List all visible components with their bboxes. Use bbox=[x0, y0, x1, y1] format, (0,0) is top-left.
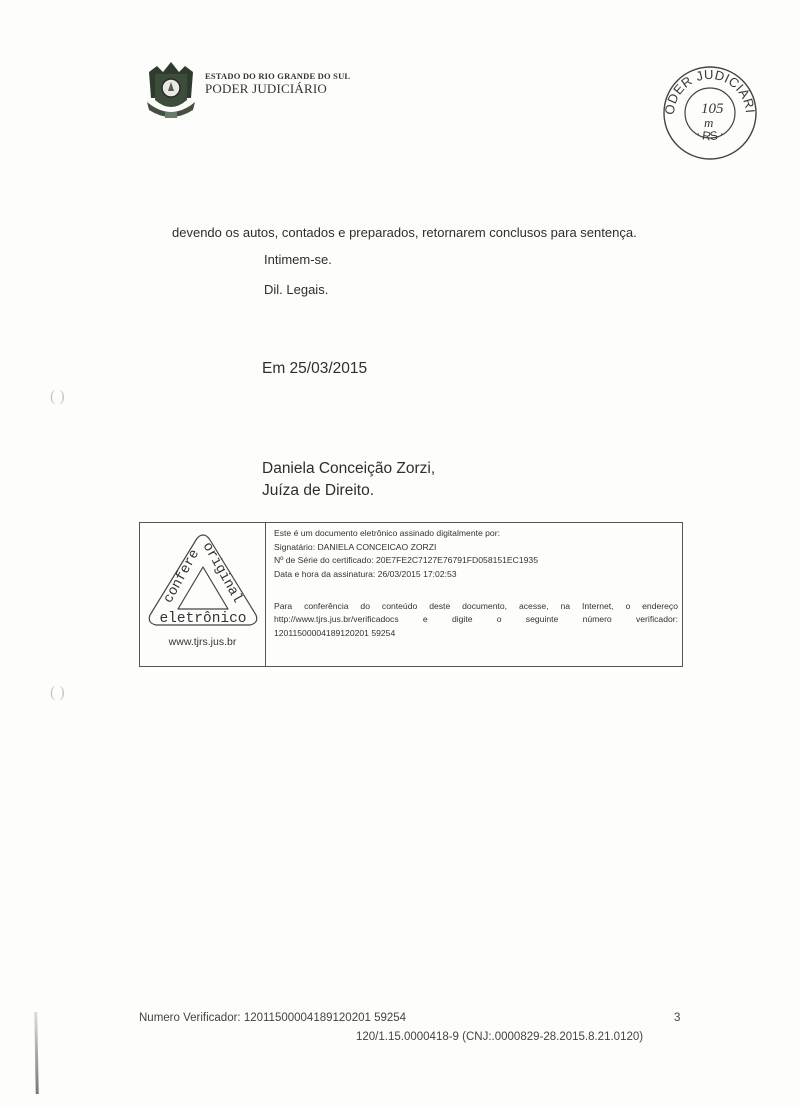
confere-original-eletronico-seal-icon: confere original eletrônico bbox=[144, 529, 262, 633]
signature-datetime: Data e hora da assinatura: 26/03/2015 17… bbox=[274, 568, 538, 582]
signature-details: Este é um documento eletrônico assinado … bbox=[274, 527, 538, 581]
verifier-number: 12011500004189120201 59254 bbox=[274, 627, 678, 640]
intimation-line: Intimem-se. bbox=[264, 252, 332, 267]
punch-hole-mark: ( ) bbox=[50, 684, 65, 702]
instructions-line-1: Para conferência do conteúdo deste docum… bbox=[274, 600, 678, 613]
signature-intro: Este é um documento eletrônico assinado … bbox=[274, 527, 538, 541]
court-seal-stamp-icon: PODER JUDICIÁRIO · RS · 105 m bbox=[660, 63, 760, 163]
page-number: 3 bbox=[674, 1012, 680, 1024]
punch-hole-mark: ( ) bbox=[50, 388, 65, 406]
tjrs-website-url: www.tjrs.jus.br bbox=[140, 636, 265, 648]
verification-instructions: Para conferência do conteúdo deste docum… bbox=[274, 600, 678, 640]
box-divider bbox=[265, 523, 266, 666]
decision-date: Em 25/03/2015 bbox=[262, 360, 367, 378]
legal-diligences-line: Dil. Legais. bbox=[264, 282, 328, 297]
process-number: 120/1.15.0000418-9 (CNJ:.0000829-28.2015… bbox=[356, 1031, 643, 1043]
svg-text:m: m bbox=[704, 115, 713, 130]
signatory: Signatário: DANIELA CONCEICAO ZORZI bbox=[274, 541, 538, 555]
footer-verifier-number: Numero Verificador: 12011500004189120201… bbox=[139, 1012, 406, 1024]
instructions-line-2: http://www.tjrs.jus.br/verificadocs e di… bbox=[274, 613, 678, 626]
signer-name: Daniela Conceição Zorzi, bbox=[262, 460, 435, 478]
svg-text:eletrônico: eletrônico bbox=[159, 611, 246, 627]
digital-signature-box: confere original eletrônico www.tjrs.jus… bbox=[139, 522, 683, 667]
signer-title: Juíza de Direito. bbox=[262, 482, 374, 500]
header-court-name: PODER JUDICIÁRIO bbox=[205, 81, 327, 97]
scan-edge-line bbox=[34, 1012, 38, 1094]
decision-paragraph: devendo os autos, contados e preparados,… bbox=[172, 225, 637, 240]
svg-text:confere original: confere original bbox=[161, 540, 246, 607]
header-state-name: ESTADO DO RIO GRANDE DO SUL bbox=[205, 71, 350, 81]
certificate-serial: Nº de Série do certificado: 20E7FE2C7127… bbox=[274, 554, 538, 568]
coat-of-arms-icon bbox=[143, 58, 199, 124]
